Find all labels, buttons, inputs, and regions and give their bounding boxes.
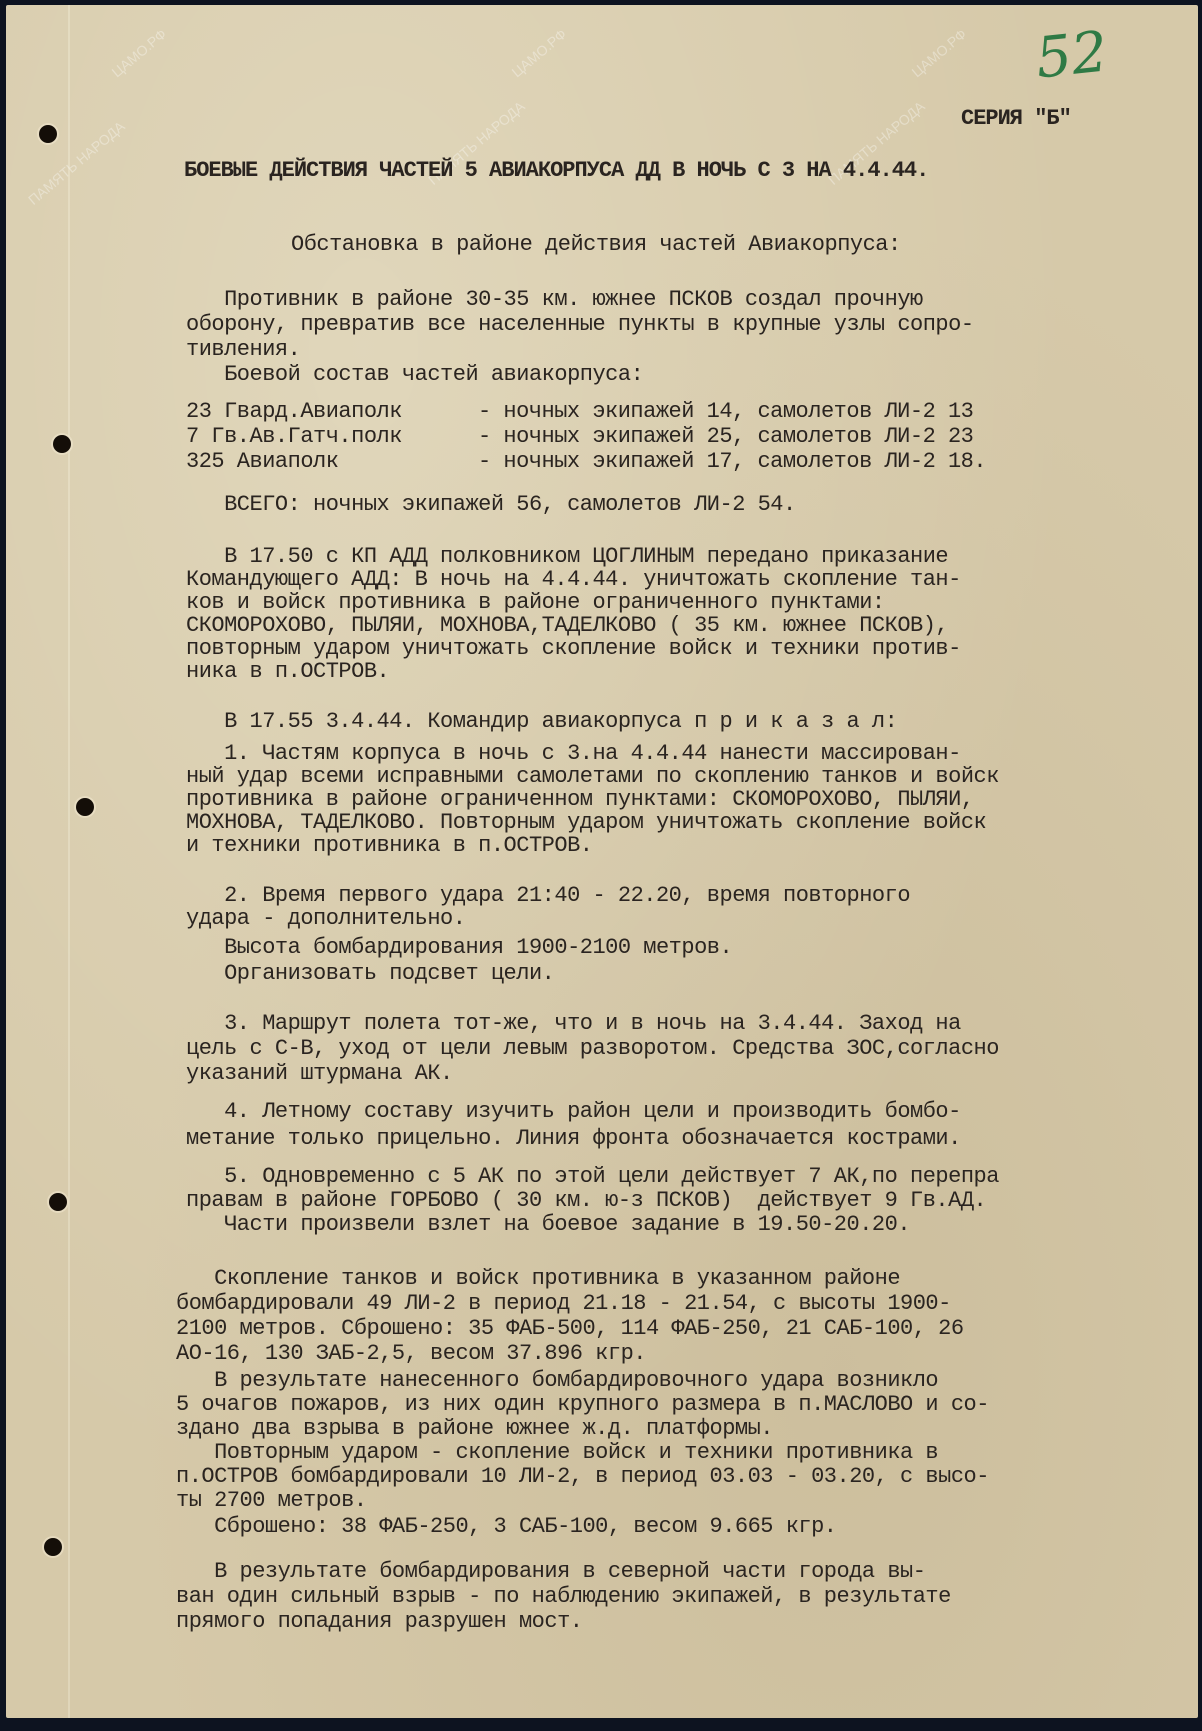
unit-name: 23 Гвард.Авиаполк <box>186 398 402 425</box>
order-line: указаний штурмана АК. <box>186 1060 453 1087</box>
paragraph-line: В 17.55 3.4.44. Командир авиакорпуса п р… <box>186 708 897 735</box>
paragraph-line: Противник в районе 30-35 км. южнее ПСКОВ… <box>186 286 923 313</box>
order-line: Организовать подсвет цели. <box>186 960 554 987</box>
paragraph-line: прямого попадания разрушен мост. <box>176 1608 582 1635</box>
order-line: метание только прицельно. Линия фронта о… <box>186 1125 961 1152</box>
fold-line <box>68 5 70 1718</box>
paragraph-line: тивления. <box>186 336 300 363</box>
watermark: ЦАМО.РФ <box>109 26 170 81</box>
unit-name: 325 Авиаполк <box>186 448 338 475</box>
section-heading: Обстановка в районе действия частей Авиа… <box>291 231 901 258</box>
paragraph-line: бомбардировали 49 ЛИ-2 в период 21.18 - … <box>176 1290 951 1317</box>
order-line: удара - дополнительно. <box>186 905 465 932</box>
paragraph-line: Сброшено: 38 ФАБ-250, 3 САБ-100, весом 9… <box>176 1513 837 1540</box>
total-line: ВСЕГО: ночных экипажей 56, самолетов ЛИ-… <box>186 491 796 518</box>
paragraph-line: Повторным ударом - скопление войск и тех… <box>176 1439 938 1466</box>
document-page: ЦАМО.РФ ЦАМО.РФ ЦАМО.РФ ПАМЯТЬ НАРОДА ПА… <box>6 5 1198 1718</box>
order-line: и техники противника в п.ОСТРОВ. <box>186 832 592 859</box>
punch-hole <box>49 1193 67 1211</box>
paragraph-line: ты 2700 метров. <box>176 1487 367 1514</box>
folio-number: 52 <box>1033 19 1111 91</box>
paragraph-line: В результате нанесенного бомбардировочно… <box>176 1367 938 1394</box>
order-line: 5. Одновременно с 5 АК по этой цели дейс… <box>186 1163 999 1190</box>
document-title: БОЕВЫЕ ДЕЙСТВИЯ ЧАСТЕЙ 5 АВИАКОРПУСА ДД … <box>184 157 928 184</box>
order-line: правам в районе ГОРБОВО ( 30 км. ю-з ПСК… <box>186 1187 986 1214</box>
order-line: цель с С-В, уход от цели левым разворото… <box>186 1035 999 1062</box>
punch-hole <box>39 125 57 143</box>
unit-detail: - ночных экипажей 14, самолетов ЛИ-2 13 <box>478 398 973 425</box>
unit-detail: - ночных экипажей 25, самолетов ЛИ-2 23 <box>478 423 973 450</box>
paragraph-line: Скопление танков и войск противника в ук… <box>176 1265 900 1292</box>
watermark: ЦАМО.РФ <box>509 26 570 81</box>
paragraph-line: ника в п.ОСТРОВ. <box>186 658 389 685</box>
paragraph-line: здано два взрыва в районе южнее ж.д. пла… <box>176 1415 773 1442</box>
unit-detail: - ночных экипажей 17, самолетов ЛИ-2 18. <box>478 448 986 475</box>
series-label: СЕРИЯ "Б" <box>961 105 1071 132</box>
punch-hole <box>53 435 71 453</box>
paragraph-line: 5 очагов пожаров, из них один крупного р… <box>176 1391 989 1418</box>
paragraph-line: 2100 метров. Сброшено: 35 ФАБ-500, 114 Ф… <box>176 1315 964 1342</box>
order-line: Части произвели взлет на боевое задание … <box>186 1211 910 1238</box>
punch-hole <box>44 1538 62 1556</box>
paragraph-line: ван один сильный взрыв - по наблюдению э… <box>176 1583 951 1610</box>
unit-name: 7 Гв.Ав.Гатч.полк <box>186 423 402 450</box>
paragraph-line: АО-16, 130 ЗАБ-2,5, весом 37.896 кгр. <box>176 1340 646 1367</box>
order-line: Высота бомбардирования 1900-2100 метров. <box>186 934 732 961</box>
paragraph-line: В результате бомбардирования в северной … <box>176 1558 925 1585</box>
paragraph-line: оборону, превратив все населенные пункты… <box>186 311 974 338</box>
punch-hole <box>76 798 94 816</box>
paragraph-line: п.ОСТРОВ бомбардировали 10 ЛИ-2, в перио… <box>176 1463 989 1490</box>
composition-heading: Боевой состав частей авиакорпуса: <box>186 361 643 388</box>
order-line: 4. Летному составу изучить район цели и … <box>186 1098 961 1125</box>
order-line: 3. Маршрут полета тот-же, что и в ночь н… <box>186 1010 961 1037</box>
watermark: ЦАМО.РФ <box>909 26 970 81</box>
